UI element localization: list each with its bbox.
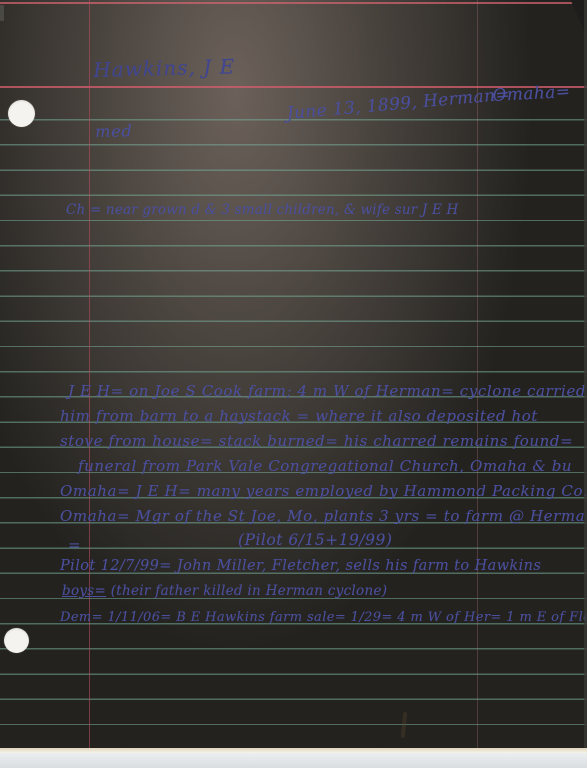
hole-punch-top [8,100,35,127]
faint-vertical-line [477,0,478,753]
left-margin-line [89,0,90,753]
dem-entry-line: Dem= 1/11/06= B E Hawkins farm sale= 1/2… [60,610,587,625]
underlined-word: boys= [62,583,106,599]
med-note: med [95,121,133,141]
body-line-5: Omaha= J E H= many years employed by Ham… [60,482,587,500]
body-line-2: him from barn to a haystack = where it a… [60,407,538,425]
hole-punch-bottom [4,628,29,653]
scanner-bed-strip [0,753,587,768]
body-line-1: J E H= on Joe S Cook farm; 4 m W of Herm… [68,382,586,400]
pilot-citation: (Pilot 6/15+19/99) [238,531,392,549]
body-line-4: funeral from Park Vale Congregational Ch… [78,457,572,475]
pilot-sale-line-1: Pilot 12/7/99= John Miller, Fletcher, se… [60,558,541,574]
scan-artifact-top-left [0,5,4,21]
pilot-sale-line-2-rest: (their father killed in Herman cyclone) [106,583,387,599]
children-line: Ch = near grown d & 3 small children, & … [66,202,459,218]
margin-continuation-mark: = [68,536,81,554]
pilot-sale-line-2: boys= (their father killed in Herman cyc… [62,583,387,599]
scanned-notebook-page: Hawkins, J E June 13, 1899, Herman= Omah… [0,0,587,768]
page-title: Hawkins, J E [93,54,235,82]
date-place-note: Omaha= [492,82,571,106]
body-line-3: stove from house= stack burned= his char… [60,432,573,450]
body-line-6: Omaha= Mgr of the St Joe, Mo, plants 3 y… [60,507,587,525]
